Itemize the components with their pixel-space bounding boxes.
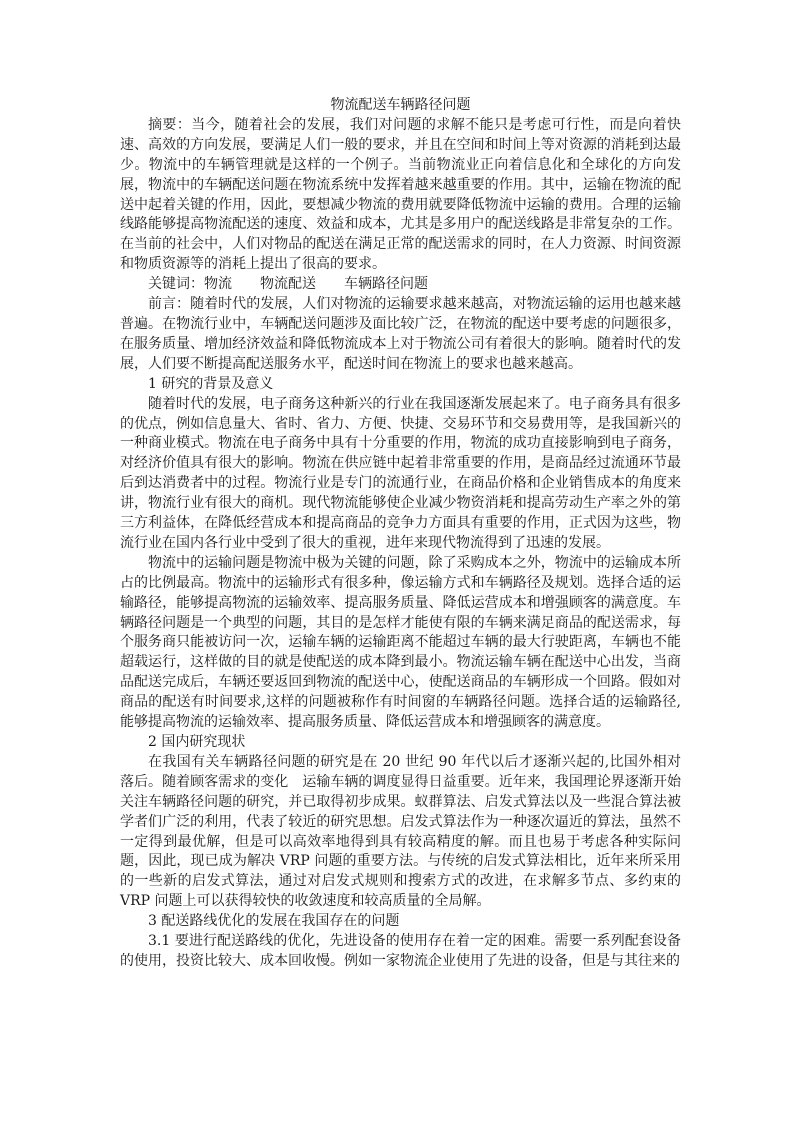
section-heading-domestic-research: 2 国内研究现状	[120, 733, 681, 753]
keywords-label: 关键词：	[148, 276, 204, 292]
section-paragraph: 3.1 要进行配送路线的优化，先进设备的使用存在着一定的困难。需要一系列配套设备…	[120, 932, 681, 972]
section-heading-background: 1 研究的背景及意义	[120, 375, 681, 395]
section-paragraph: 在我国有关车辆路径问题的研究是在 20 世纪 90 年代以后才逐渐兴起的,比国外…	[120, 753, 681, 912]
keywords-line: 关键词：物流物流配送车辆路径问题	[120, 275, 681, 295]
keyword-item: 物流	[204, 276, 232, 292]
abstract-paragraph: 摘要：当今，随着社会的发展，我们对问题的求解不能只是考虑可行性，而是向着快速、高…	[120, 116, 681, 275]
section-paragraph: 物流中的运输问题是物流中极为关键的问题，除了采购成本之外，物流中的运输成本所占的…	[120, 554, 681, 733]
preface-paragraph: 前言：随着时代的发展，人们对物流的运输要求越来越高，对物流运输的运用也越来越普遍…	[120, 295, 681, 375]
keyword-item: 车辆路径问题	[344, 276, 428, 292]
section-heading-problems: 3 配送路线优化的发展在我国存在的问题	[120, 912, 681, 932]
document-page: 物流配送车辆路径问题 摘要：当今，随着社会的发展，我们对问题的求解不能只是考虑可…	[120, 96, 681, 972]
section-paragraph: 随着时代的发展，电子商务这种新兴的行业在我国逐渐发展起来了。电子商务具有很多的优…	[120, 395, 681, 554]
keyword-item: 物流配送	[260, 276, 316, 292]
document-title: 物流配送车辆路径问题	[120, 96, 681, 116]
